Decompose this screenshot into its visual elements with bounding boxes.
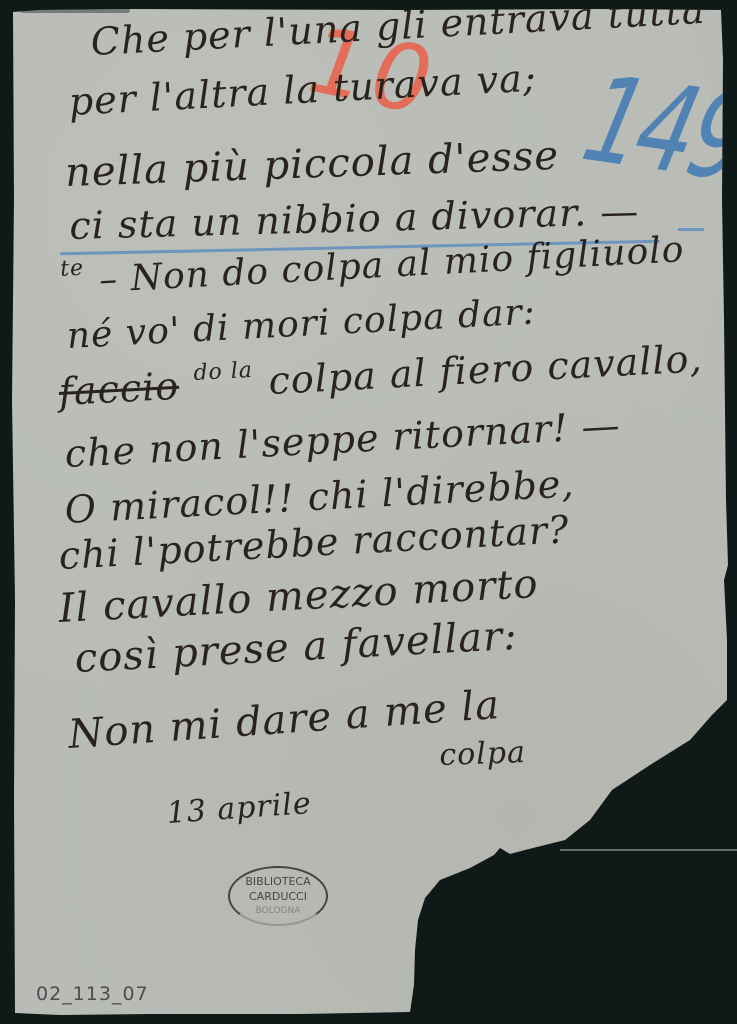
paper-edge-shadow [20, 8, 130, 13]
line-text: colpa al fiero cavallo, [267, 336, 703, 403]
manuscript-line-6: né vo' di mori colpa dar: [66, 291, 537, 357]
stamp-line-1: BIBLIOTECA [230, 874, 326, 889]
document-viewer: 10 149 Che per l'una gli entrava tutta p… [0, 0, 737, 1024]
background-scan-line [560, 849, 737, 851]
manuscript-date: 13 aprile [166, 786, 313, 831]
manuscript-page: 10 149 Che per l'una gli entrava tutta p… [0, 0, 737, 1024]
archive-reference-code: 02_113_07 [36, 983, 149, 1005]
manuscript-line-3: nella più piccola d'esse [64, 133, 559, 196]
stamp-line-3: BOLOGNA [230, 904, 326, 919]
library-stamp: BIBLIOTECA CARDUCCI BOLOGNA [228, 866, 328, 926]
interlinear-insertion: te [60, 256, 85, 282]
stamp-line-2: CARDUCCI [230, 889, 326, 904]
struck-word: faccio [58, 364, 180, 414]
manuscript-line-13: Non mi dare a me la [67, 682, 502, 758]
interlinear-insertion: do la [193, 358, 254, 386]
blue-pencil-number: 149 [560, 52, 737, 207]
manuscript-line-2: per l'altra la turava va; [68, 56, 538, 124]
manuscript-line-14: colpa [439, 735, 527, 773]
